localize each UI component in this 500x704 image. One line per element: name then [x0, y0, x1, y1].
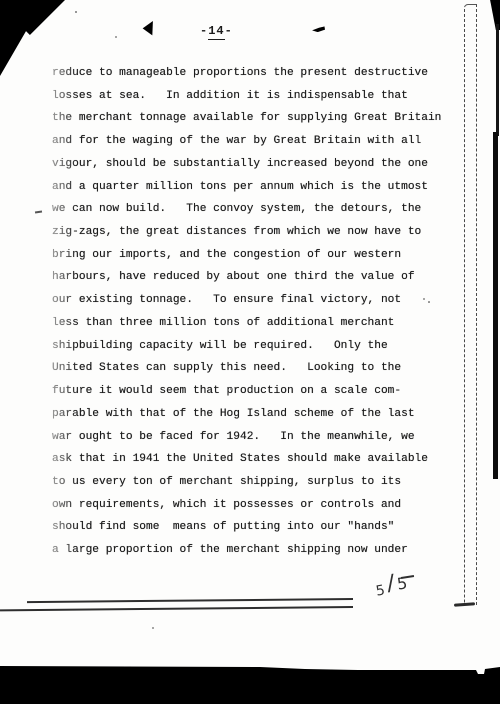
margin-tick: [35, 211, 42, 214]
text-line: ask that in 1941 the United States shoul…: [52, 448, 472, 471]
paper-speck: [230, 388, 232, 390]
text-line: to us every ton of merchant shipping, su…: [52, 471, 472, 494]
text-line: United States can supply this need. Look…: [52, 357, 472, 380]
text-line: and for the waging of the war by Great B…: [52, 130, 472, 153]
text-line: harbours, have reduced by about one thir…: [52, 266, 472, 289]
page-number: -14-: [200, 24, 233, 38]
text-line: we can now build. The convoy system, the…: [52, 198, 472, 221]
text-line: vigour, should be substantially increase…: [52, 153, 472, 176]
double-rule-upper: [27, 598, 353, 603]
double-rule-lower: [0, 606, 353, 611]
text-line: zig-zags, the great distances from which…: [52, 221, 472, 244]
handwritten-slash: /: [386, 571, 396, 597]
scan-bottom-edge-artifact: [0, 664, 500, 704]
text-line: the merchant tonnage available for suppl…: [52, 107, 472, 130]
text-line: less than three million tons of addition…: [52, 312, 472, 335]
typewritten-text-block: reduce to manageable proportions the pre…: [52, 62, 472, 562]
text-line: bring our imports, and the congestion of…: [52, 244, 472, 267]
margin-dashed-box: [464, 4, 477, 605]
paper-speck: [428, 301, 430, 303]
text-line: shipbuilding capacity will be required. …: [52, 335, 472, 358]
text-line: our existing tonnage. To ensure final vi…: [52, 289, 472, 312]
text-line: should find some means of putting into o…: [52, 516, 472, 539]
page-number-dash-right: -: [225, 24, 233, 38]
text-line: and a quarter million tons per annum whi…: [52, 176, 472, 199]
scanned-document-page: -14- reduce to manageable proportions th…: [0, 0, 500, 704]
ink-smudge-icon: [312, 26, 325, 32]
page-header: -14-: [0, 20, 500, 44]
scan-edge-artifact: [493, 132, 498, 479]
page-number-value: 14: [208, 24, 224, 40]
text-line: parable with that of the Hog Island sche…: [52, 403, 472, 426]
paper-speck: [423, 298, 425, 300]
margin-dashed-box-foot: [454, 602, 475, 606]
handwritten-digit: 5: [375, 582, 387, 599]
text-line: war ought to be faced for 1942. In the m…: [52, 426, 472, 449]
ink-blob-icon: [143, 19, 160, 36]
text-line: future it would seem that production on …: [52, 380, 472, 403]
scan-edge-artifact: [496, 24, 499, 136]
paper-speck: [115, 36, 117, 38]
text-line: reduce to manageable proportions the pre…: [52, 62, 472, 85]
page-number-dash-left: -: [200, 24, 208, 38]
text-line: own requirements, which it possesses or …: [52, 494, 472, 517]
paper-speck: [75, 11, 77, 13]
text-line: losses at sea. In addition it is indispe…: [52, 85, 472, 108]
text-line: a large proportion of the merchant shipp…: [52, 539, 472, 562]
paper-speck: [152, 627, 154, 629]
